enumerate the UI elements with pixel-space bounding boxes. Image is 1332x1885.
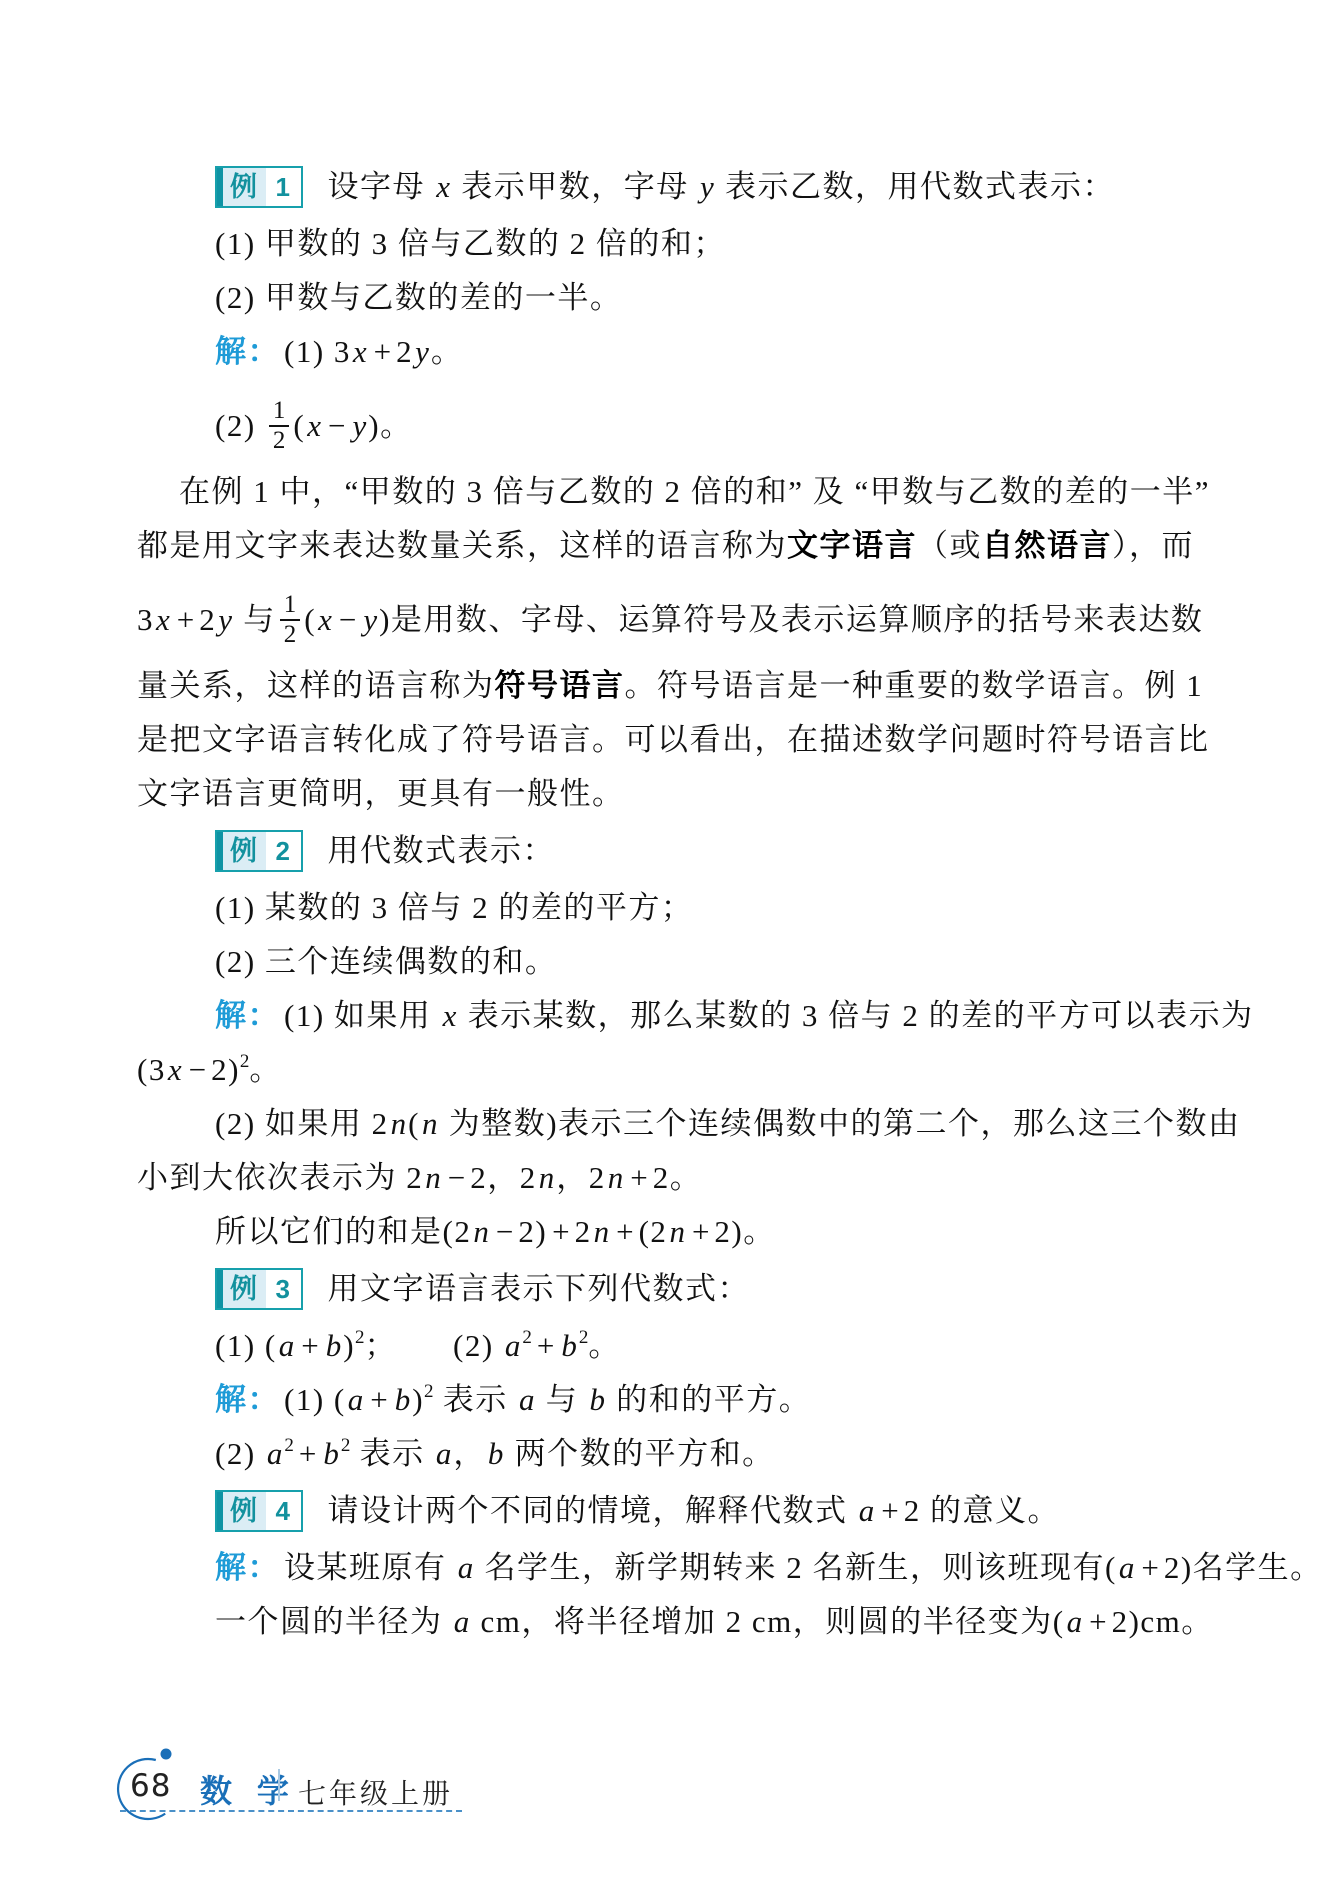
solution-line: 解：(1) 3x+2y。 [137,334,1207,370]
text-run: ； [365,1328,398,1363]
text-run: 2。 [653,1160,703,1195]
paragraph-line: 是把文字语言转化成了符号语言。可以看出，在描述数学问题时符号语言比 [137,722,1207,758]
example-badge-number: 1 [266,168,302,206]
text-run: ) [412,1382,424,1417]
paragraph-line: 都是用文字来表达数量关系，这样的语言称为文字语言（或自然语言），而 [137,528,1207,564]
text-line: (2) a2+b2 表示 a，b 两个数的平方和。 [137,1436,1207,1472]
example-badge-number: 4 [266,1492,302,1530]
math-variable: a [277,1328,297,1363]
math-operator: + [611,1214,638,1249]
text-run: (2) [215,408,265,443]
math-variable: x [305,408,323,443]
math-operator: + [532,1328,559,1363]
expression-columns: (1) (a+b)2；(2) a2+b2。 [137,1328,1207,1364]
text-run: (2) [453,1328,503,1363]
text-run: 为整数)表示三个连续偶数中的第二个，那么这三个数由 [439,1106,1240,1141]
text-run: 表示 [434,1382,518,1417]
text-run: 2 [575,1214,592,1249]
text-line: (2) 12(x−y)。 [137,388,1207,464]
text-run: 表示某数，那么某数的 3 倍与 2 的差的平方可以表示为 [458,998,1253,1033]
text-line: (2) 如果用 2n(n 为整数)表示三个连续偶数中的第二个，那么这三个数由 [137,1106,1207,1142]
example-badge: 例3 [215,1268,303,1310]
text-run: )。 [368,408,412,443]
text-run: 在例 1 中，“甲数的 3 倍与乙数的 2 倍的和” 及 “甲数与乙数的差的一半… [179,474,1210,509]
text-run: (3 [137,1052,166,1087]
math-operator: + [876,1493,903,1528]
footer-volume: 七年级上册 [298,1772,453,1812]
page-footer: 68 数 学 七年级上册 [0,1738,1332,1838]
math-fraction: 12 [280,591,301,648]
text-run: 2) [518,1214,547,1249]
text-line: 所以它们的和是(2n−2)+2n+(2n+2)。 [137,1214,1207,1250]
text-line: (2) 甲数与乙数的差的一半。 [137,280,1207,316]
text-run: 2)。 [714,1214,775,1249]
expression-col-1: (1) (a+b)2； [215,1328,397,1363]
text-run: cm，将半径增加 2 cm，则圆的半径变为( [471,1604,1064,1639]
text-run: 是把文字语言转化成了符号语言。可以看出，在描述数学问题时符号语言比 [137,722,1210,757]
math-variable: b [486,1436,506,1471]
text-run: 。 [249,1052,282,1087]
math-variable: b [393,1382,413,1417]
footer-dashed-rule [120,1810,462,1812]
footer-subject: 数 学 [200,1766,297,1812]
math-variable: x [316,602,334,637]
solution-label: 解： [215,1382,280,1417]
text-run: (2) 如果用 2 [215,1106,389,1141]
math-operator: + [369,334,396,369]
text-line: (1) 某数的 3 倍与 2 的差的平方； [137,890,1207,926]
example-badge-label: 例 [223,832,266,870]
solution-label: 解： [215,1550,280,1585]
math-variable: a [456,1550,476,1585]
example-badge: 例2 [215,830,303,872]
text-line: 小到大依次表示为 2n−2，2n，2n+2。 [137,1160,1207,1196]
text-run: 2)cm。 [1112,1604,1214,1639]
text-run: 用代数式表示： [327,833,555,868]
math-operator: + [296,1328,323,1363]
math-variable: y [361,602,379,637]
bold-term: 自然语言 [982,528,1112,563]
math-variable: x [166,1052,184,1087]
text-run: 表示乙数，用代数式表示： [716,169,1115,204]
math-variable: x [434,169,452,204]
math-variable: a [1065,1604,1085,1639]
text-run: (2) 甲数与乙数的差的一半。 [215,280,622,315]
math-operator: + [547,1214,574,1249]
math-operator: + [172,602,199,637]
math-variable: y [698,169,716,204]
text-run: 请设计两个不同的情境，解释代数式 [327,1493,856,1528]
solution-label: 解： [215,998,280,1033]
paragraph-line: 文字语言更简明，更具有一般性。 [137,776,1207,812]
text-run: 2)名学生。 [1164,1550,1323,1585]
math-variable: b [324,1328,344,1363]
text-run: 小到大依次表示为 2 [137,1160,423,1195]
text-run: 2 的意义。 [904,1493,1060,1528]
text-run: (1) ( [284,1382,346,1417]
math-operator: + [687,1214,714,1249]
math-variable: x [441,998,459,1033]
math-variable: b [559,1328,579,1363]
example-heading-text: 设字母 x 表示甲数，字母 y 表示乙数，用代数式表示： [327,169,1115,205]
math-variable: n [389,1106,409,1141]
text-run: 量关系，这样的语言称为 [137,668,495,703]
text-line: (3x−2)2。 [137,1052,1207,1088]
text-run: (1) 3 [284,334,351,369]
text-run: 两个数的平方和。 [505,1436,774,1471]
example-badge-number: 2 [266,832,302,870]
math-variable: y [413,334,431,369]
solution-line: 解：设某班原有 a 名学生，新学期转来 2 名新生，则该班现有(a+2)名学生。 [137,1550,1207,1586]
math-variable: n [667,1214,687,1249]
math-variable: a [517,1382,537,1417]
paragraph-line: 在例 1 中，“甲数的 3 倍与乙数的 2 倍的和” 及 “甲数与乙数的差的一半… [137,474,1207,510]
math-operator: + [1084,1604,1111,1639]
text-run: 表示 [350,1436,434,1471]
text-line: (1) 甲数的 3 倍与乙数的 2 倍的和； [137,226,1207,262]
example-badge-label: 例 [223,1492,266,1530]
math-operator: + [1136,1550,1163,1585]
math-variable: a [452,1604,472,1639]
math-variable: n [423,1160,443,1195]
page-number: 68 [130,1768,171,1804]
math-variable: n [471,1214,491,1249]
math-operator: + [365,1382,392,1417]
example-badge-label: 例 [223,1270,266,1308]
example-heading: 例1设字母 x 表示甲数，字母 y 表示乙数，用代数式表示： [137,166,1207,208]
text-run: 表示甲数，字母 [452,169,698,204]
text-run: ），而 [1112,528,1194,563]
math-variable: a [265,1436,285,1471]
example-heading: 例4请设计两个不同的情境，解释代数式 a+2 的意义。 [137,1490,1207,1532]
math-operator: − [334,602,361,637]
text-run: (2) [215,1436,265,1471]
bold-term: 符号语言 [495,668,625,703]
paragraph-line: 量关系，这样的语言称为符号语言。符号语言是一种重要的数学语言。例 1 [137,668,1207,704]
example-badge-label: 例 [223,168,266,206]
text-run: (1) ( [215,1328,277,1363]
text-run: 2 [199,602,216,637]
text-run: ( [304,602,316,637]
text-line: 一个圆的半径为 a cm，将半径增加 2 cm，则圆的半径变为(a+2)cm。 [137,1604,1207,1640]
math-variable: b [588,1382,608,1417]
text-run: 与 [537,1382,588,1417]
bold-term: 文字语言 [787,528,917,563]
text-run: 与 [234,602,276,637]
text-run: 2 [396,334,413,369]
text-run: (1) 如果用 [284,998,441,1033]
math-variable: y [350,408,368,443]
paragraph-line: 3x+2y 与12(x−y)是用数、字母、运算符号及表示运算顺序的括号来表达数 [137,582,1207,658]
text-run: 。符号语言是一种重要的数学语言。例 1 [625,668,1204,703]
text-run: 用文字语言表示下列代数式： [327,1271,750,1306]
text-run: (2 [639,1214,668,1249]
text-line: (2) 三个连续偶数的和。 [137,944,1207,980]
math-variable: x [351,334,369,369]
math-variable: a [1117,1550,1137,1585]
example-badge-number: 3 [266,1270,302,1308]
math-variable: a [503,1328,523,1363]
math-variable: n [606,1160,626,1195]
text-run: ( [408,1106,420,1141]
example-heading-text: 用文字语言表示下列代数式： [327,1271,750,1307]
math-operator: + [625,1160,652,1195]
text-run: ( [293,408,305,443]
math-variable: a [434,1436,454,1471]
math-operator: + [294,1436,321,1471]
text-run: 的和的平方。 [607,1382,811,1417]
text-run: (1) 某数的 3 倍与 2 的差的平方； [215,890,693,925]
text-run: 。 [431,334,464,369]
example-badge: 例4 [215,1490,303,1532]
footer-divider [278,1769,280,1801]
text-run: 文字语言更简明，更具有一般性。 [137,776,625,811]
example-heading: 例2用代数式表示： [137,830,1207,872]
example-heading-text: 用代数式表示： [327,833,555,869]
text-run: 2，2 [470,1160,537,1195]
math-operator: − [184,1052,211,1087]
example-badge: 例1 [215,166,303,208]
solution-label: 解： [215,334,280,369]
text-run: 3 [137,602,154,637]
math-variable: a [346,1382,366,1417]
text-run: （或 [917,528,982,563]
math-variable: n [537,1160,557,1195]
page-content: 例1设字母 x 表示甲数，字母 y 表示乙数，用代数式表示：(1) 甲数的 3 … [137,160,1207,1658]
math-variable: x [154,602,172,637]
expression-col-2: (2) a2+b2。 [453,1328,621,1364]
text-run: 名学生，新学期转来 2 名新生，则该班现有( [475,1550,1117,1585]
text-run: 设字母 [327,169,434,204]
math-operator: − [323,408,350,443]
solution-line: 解：(1) (a+b)2 表示 a 与 b 的和的平方。 [137,1382,1207,1418]
text-run: 。 [588,1328,621,1363]
text-run: (2) 三个连续偶数的和。 [215,944,557,979]
text-run: ) [343,1328,355,1363]
text-run: 设某班原有 [284,1550,456,1585]
footer-dot-icon [161,1749,172,1760]
text-run: )是用数、字母、运算符号及表示运算顺序的括号来表达数 [379,602,1203,637]
example-heading: 例3用文字语言表示下列代数式： [137,1268,1207,1310]
text-run: (1) 甲数的 3 倍与乙数的 2 倍的和； [215,226,726,261]
math-variable: b [321,1436,341,1471]
text-run: ，2 [556,1160,606,1195]
math-fraction: 12 [269,397,290,454]
text-run: 一个圆的半径为 [215,1604,452,1639]
solution-line: 解：(1) 如果用 x 表示某数，那么某数的 3 倍与 2 的差的平方可以表示为 [137,998,1207,1034]
text-run: 都是用文字来表达数量关系，这样的语言称为 [137,528,787,563]
math-variable: y [216,602,234,637]
text-run: 2) [211,1052,240,1087]
text-run: 所以它们的和是(2 [215,1214,471,1249]
math-operator: − [491,1214,518,1249]
text-run: ， [453,1436,486,1471]
math-variable: n [592,1214,612,1249]
example-heading-text: 请设计两个不同的情境，解释代数式 a+2 的意义。 [327,1493,1059,1529]
math-variable: n [420,1106,440,1141]
textbook-page: 例1设字母 x 表示甲数，字母 y 表示乙数，用代数式表示：(1) 甲数的 3 … [0,0,1332,1885]
math-variable: a [857,1493,877,1528]
math-operator: − [443,1160,470,1195]
